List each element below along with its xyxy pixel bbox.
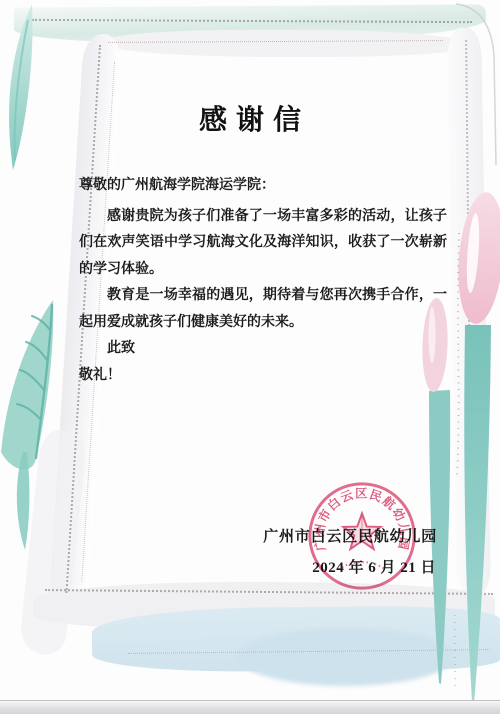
scan-corner-curve [450,0,500,170]
cattail-stem-large [464,325,491,703]
watercolor-wash-top-inner [100,30,472,57]
stipple-border-top-inner [108,40,443,43]
letter-title: 感谢信 [0,98,500,138]
stamp-serial-dots [338,562,385,569]
paragraph-1: 感谢贵院为孩子们准备了一场丰富多彩的活动，让孩子们在欢声笑语中学习航海文化及海洋… [79,204,447,284]
leaf-blade-top-icon [9,4,32,170]
scanned-letter-page: 感谢信 尊敬的广州航海学院海运学院： 感谢贵院为孩子们准备了一场丰富多彩的活动，… [0,0,500,714]
stipple-border-top [32,19,472,23]
salutation: 尊敬的广州航海学院海运学院： [79,173,447,200]
watercolor-wash-top [14,4,486,44]
scan-bottom-edge [0,700,500,714]
paragraph-2: 教育是一场幸福的遇见，期待着与您再次携手合作，一起用爱成就孩子们健康美好的未来。 [79,283,447,336]
letter-body: 尊敬的广州航海学院海运学院： 感谢贵院为孩子们准备了一场丰富多彩的活动，让孩子们… [79,173,447,389]
watercolor-leaves-left [0,0,70,560]
salute: 敬礼！ [79,363,447,390]
closing: 此致 [79,336,447,363]
official-stamp: 广州市白云区民航幼儿园 [303,477,421,595]
